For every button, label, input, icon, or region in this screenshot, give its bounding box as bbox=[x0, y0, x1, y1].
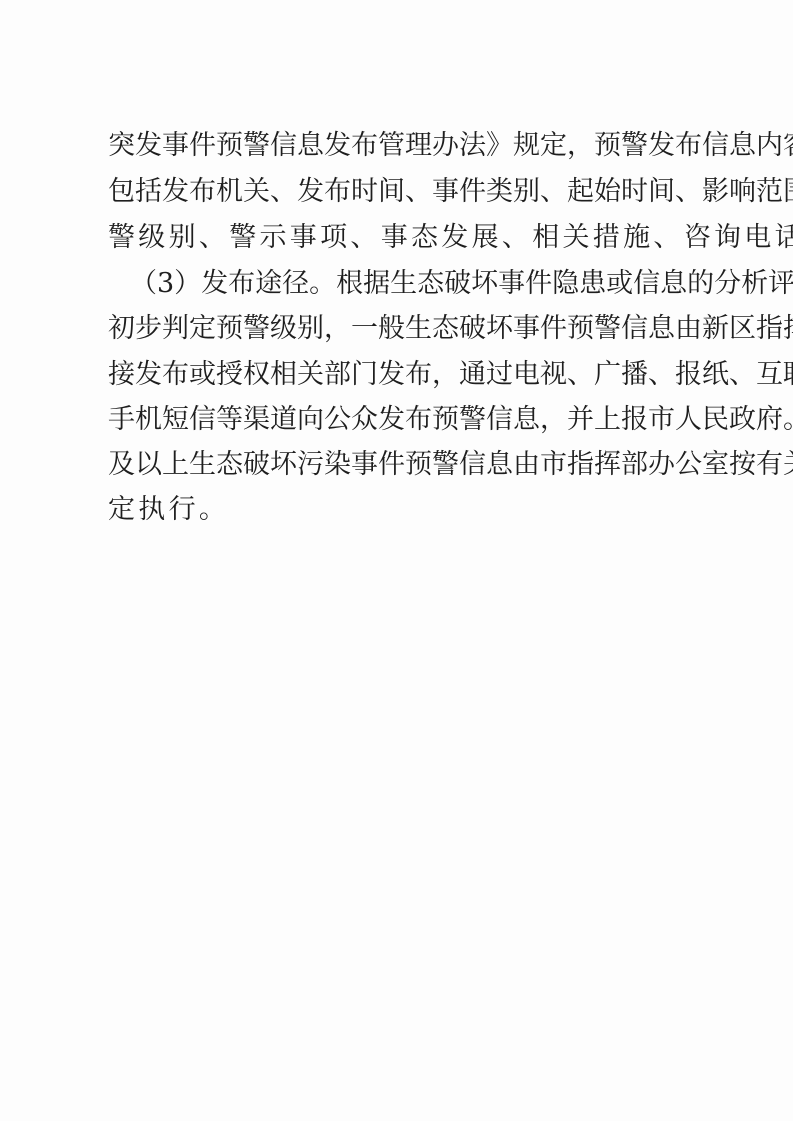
document-page: 突发事件预警信息发布管理办法》规定，预警发布信息内容应当 包括发布机关、发布时间… bbox=[0, 0, 793, 1121]
paragraph-line: 突发事件预警信息发布管理办法》规定，预警发布信息内容应当 bbox=[108, 130, 693, 162]
paragraph-line: 手机短信等渠道向公众发布预警信息，并上报市人民政府。较大 bbox=[108, 404, 693, 436]
paragraph-line: 定执行。 bbox=[108, 494, 693, 526]
paragraph-line: 警级别、警示事项、事态发展、相关措施、咨询电话等。 bbox=[108, 222, 693, 254]
paragraph-line: 包括发布机关、发布时间、事件类别、起始时间、影响范围、预 bbox=[108, 176, 693, 208]
paragraph-line: （3）发布途径。根据生态破坏事件隐患或信息的分析评估， bbox=[130, 268, 693, 300]
paragraph-line: 接发布或授权相关部门发布，通过电视、广播、报纸、互联网、 bbox=[108, 359, 693, 391]
paragraph-line: 初步判定预警级别，一般生态破坏事件预警信息由新区指挥部直 bbox=[108, 313, 693, 345]
paragraph-line: 及以上生态破坏污染事件预警信息由市指挥部办公室按有关规 bbox=[108, 449, 693, 481]
